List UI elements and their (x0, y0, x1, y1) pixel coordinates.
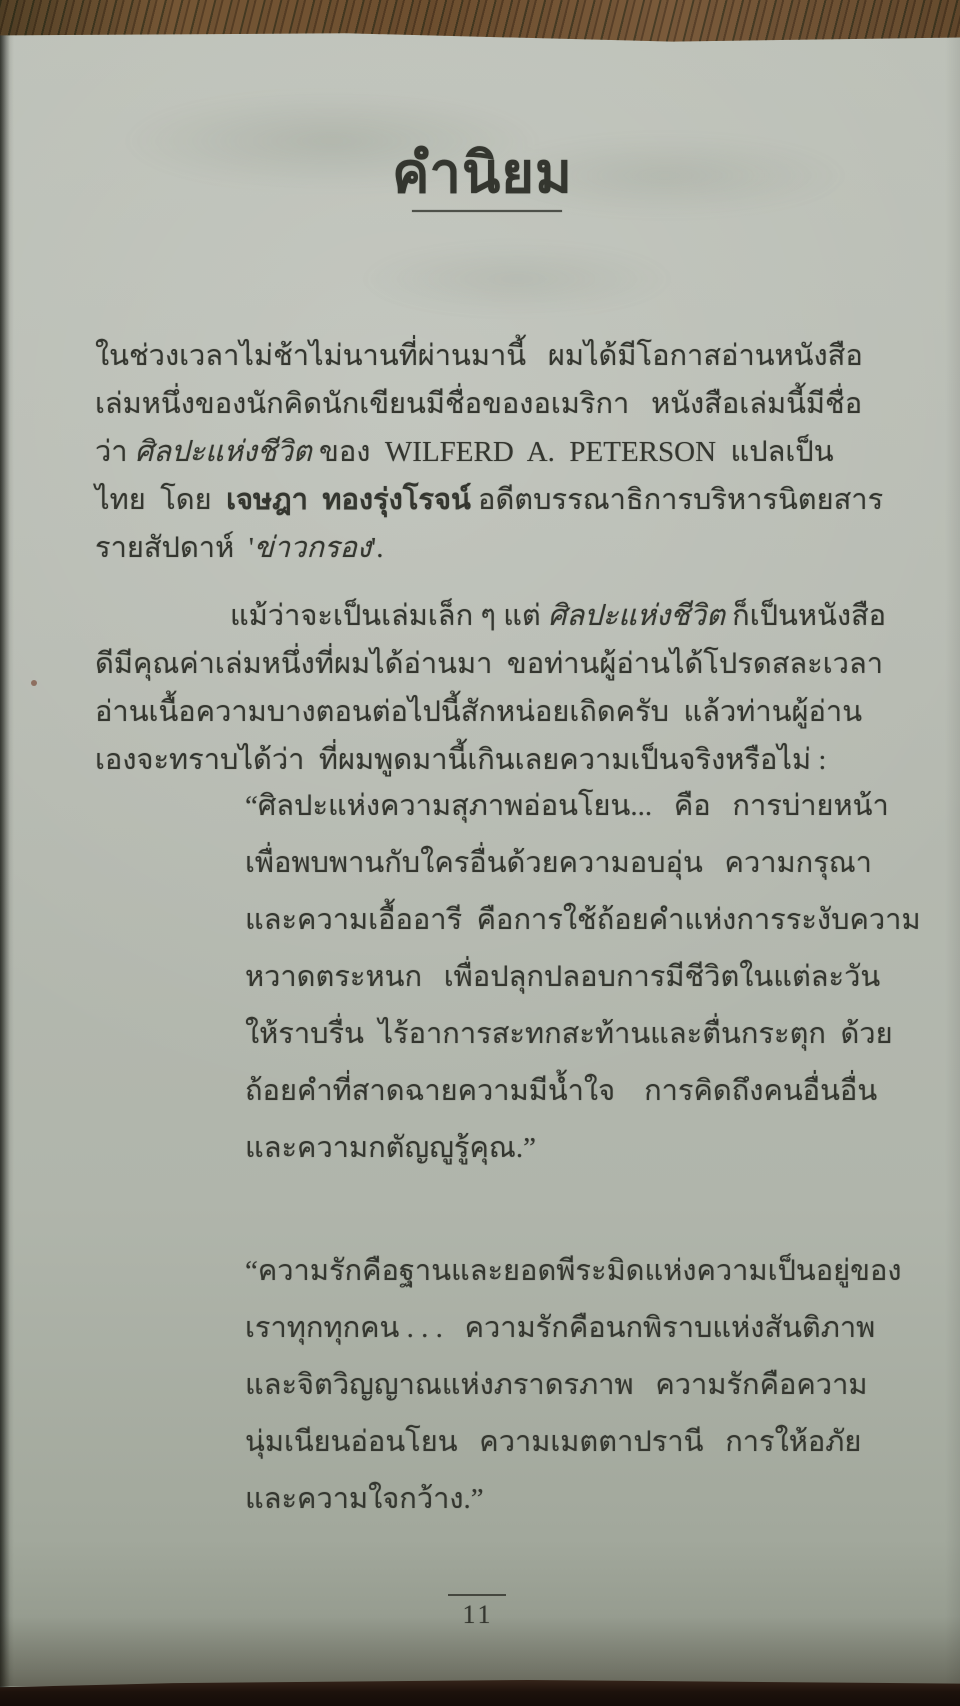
text-line: เองจะทราบได้ว่า ที่ผมพูดมานี้เกินเลยความ… (95, 736, 885, 784)
quote-art-of-gentleness: “ศิลปะแห่งความสุภาพอ่อนโยน... คือ การบ่า… (245, 778, 870, 1177)
text-line: และความใจกว้าง.” (245, 1471, 870, 1528)
text-line: ดีมีคุณค่าเล่มหนึ่งที่ผมได้อ่านมา ขอท่าน… (95, 640, 885, 688)
text-line: “ความรักคือฐานและยอดพีระมิดแห่งความเป็นอ… (245, 1243, 870, 1300)
text-line: นุ่มเนียนอ่อนโยน ความเมตตาปรานี การให้อภ… (245, 1414, 870, 1471)
text-line: ถ้อยคำที่สาดฉายความมีน้ำใจ การคิดถึงคนอื… (245, 1063, 870, 1120)
text-line: ในช่วงเวลาไม่ช้าไม่นานที่ผ่านมานี้ ผมได้… (95, 332, 885, 380)
text-line: และความเอื้ออารี คือการใช้ถ้อยคำแห่งการร… (245, 892, 870, 949)
table-edge-shadow-band (0, 1680, 960, 1706)
page-title: คำนิยม (95, 128, 870, 217)
text-line: ให้ราบรื่น ไร้อาการสะทกสะท้านและตื่นกระต… (245, 1006, 870, 1063)
text-line: เล่มหนึ่งของนักคิดนักเขียนมีชื่อของอเมริ… (95, 380, 885, 428)
text-line: อ่านเนื้อความบางตอนต่อไปนี้สักหน่อยเถิดค… (95, 688, 885, 736)
left-page-edge-shadow (0, 30, 10, 1706)
text-line: ว่า ศิลปะแห่งชีวิต ของ WILFERD A. PETERS… (95, 428, 885, 476)
text-line: หวาดตระหนก เพื่อปลุกปลอบการมีชีวิตในแต่ล… (245, 949, 870, 1006)
text-line: และความกตัญญูรู้คุณ.” (245, 1120, 870, 1177)
second-paragraph: แม้ว่าจะเป็นเล่มเล็ก ๆ แต่ ศิลปะแห่งชีวิ… (95, 592, 885, 784)
photo-of-book-page: { "header": { "title": "คำนิยม" }, "body… (0, 0, 960, 1706)
title-underline (412, 210, 562, 212)
text-line: “ศิลปะแห่งความสุภาพอ่อนโยน... คือ การบ่า… (245, 778, 870, 835)
text-line: แม้ว่าจะเป็นเล่มเล็ก ๆ แต่ ศิลปะแห่งชีวิ… (95, 592, 885, 640)
text-line: รายสัปดาห์ 'ข่าวกรอง'. (95, 524, 885, 572)
bottom-page-shading (0, 1616, 960, 1686)
text-line: เพื่อพบพานกับใครอื่นด้วยความอบอุ่น ความก… (245, 835, 870, 892)
ink-speck (31, 680, 37, 686)
quote-art-of-love: “ความรักคือฐานและยอดพีระมิดแห่งความเป็นอ… (245, 1243, 870, 1528)
text-line: ไทย โดย เจษฎา ทองรุ่งโรจน์ อดีตบรรณาธิกา… (95, 476, 885, 524)
intro-paragraph: ในช่วงเวลาไม่ช้าไม่นานที่ผ่านมานี้ ผมได้… (95, 332, 885, 572)
text-line: เราทุกทุกคน . . . ความรักคือนกพิราบแห่งส… (245, 1300, 870, 1357)
page-number-rule (448, 1594, 506, 1596)
text-line: และจิตวิญญาณแห่งภราดรภาพ ความรักคือความ (245, 1357, 870, 1414)
